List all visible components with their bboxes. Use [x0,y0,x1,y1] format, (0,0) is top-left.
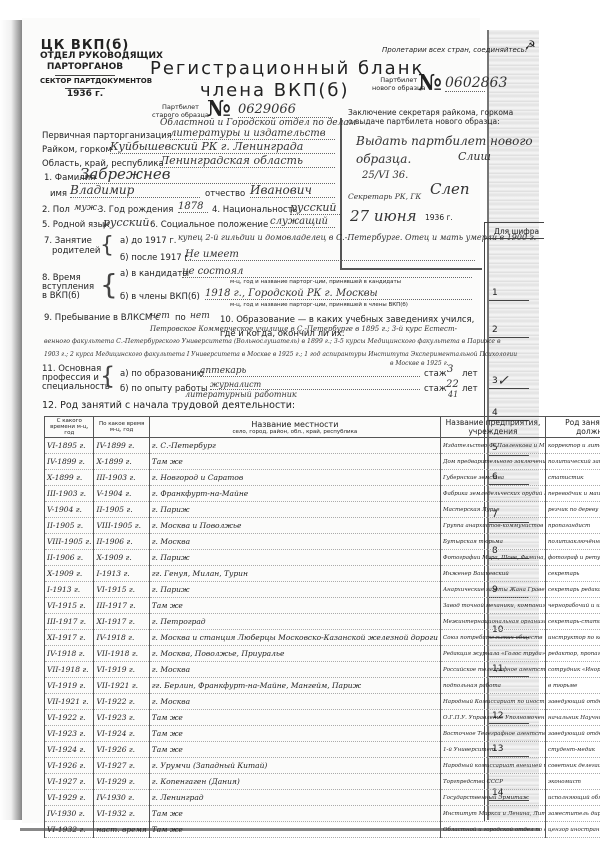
table-row: IV-1930 г.VI-1932 г.Там жеИнститут Маркс… [45,806,600,822]
cell-to: VII-1921 г. [94,678,149,694]
col-position-header: Род занятий или должность [546,417,600,438]
table-row: VI-1927 г.VI-1929 г.г. Копенгаген (Дания… [45,774,600,790]
parents-after-value: Не имеет [185,249,475,261]
cell-from: V-1904 г. [45,502,94,518]
cell-org: Бутырская тюрьма [441,534,546,550]
cipher-line [489,337,529,338]
cell-from: III-1903 г. [45,486,94,502]
cipher-number: 2 [492,325,498,335]
member-value: 1918 г., Городской РК г. Москвы [205,288,472,300]
cell-position: сотрудник «Инорота» [546,662,600,678]
member-hint: м-ц, год и название парторг-ции, принявш… [230,302,408,308]
social-status-value: служащий [270,216,335,228]
table-row: IV-1918 г.VII-1918 г.г. Москва, Поволжье… [45,646,600,662]
cell-place: Там же [149,742,440,758]
cipher-number: 1 [492,288,498,298]
table-row: VI-1932 г.наст. времяТам жеОбластной и г… [45,822,600,838]
cell-position: секретарь-статистик [546,614,600,630]
slogan: Пролетарии всех стран, соединяйтесь! [382,46,528,54]
prof-edu-years: лет [462,369,478,379]
cell-to: IV-1918 г. [94,630,149,646]
old-card-number: 0629066 [238,102,333,118]
brace-icon: { [100,233,114,258]
candidate-label: а) в кандидаты [120,269,189,279]
cell-to: VI-1927 г. [94,758,149,774]
nationality-value: русский [290,201,340,215]
cell-from: IV-1899 г. [45,454,94,470]
secretary-date: 27 июня [350,207,417,225]
org-year: 1936 г. [40,89,130,100]
cell-from: VI-1895 г. [45,438,94,454]
cell-from: X-1899 г. [45,470,94,486]
cell-org: подпольная работа [441,678,546,694]
brace-icon: { [100,362,115,390]
secretary-label: Секретарь РК, ГК [348,192,421,201]
cell-position: заместитель директора по научной части [546,806,600,822]
table-row: V-1904 г.II-1905 г.г. ПарижМастерская Лу… [45,502,600,518]
nationality-label: 4. Национальность [212,205,298,215]
patronymic-label: отчество [205,189,245,199]
cell-to: VI-1926 г. [94,742,149,758]
org-header: ЦК ВКП(б) ОТДЕЛ РУКОВОДЯЩИХ ПАРТОРГАНОВ … [40,40,130,100]
native-language-label: 5. Родной язык [42,220,109,230]
org-sector: СЕКТОР ПАРТДОКУМЕНТОВ [40,76,130,87]
table-header-row: С какого времени м-ц, год По какое время… [45,417,600,438]
cell-position: секретарь [546,566,600,582]
cell-position: редактор, пропагандист [546,646,600,662]
secretary-conclusion-1: Выдать партбилет нового [356,134,533,148]
education-line-2: венного факультета С.-Петербургского Уни… [44,338,501,345]
prof-edu-value: аптекарь [200,366,420,377]
conclusion-date: 25/VI 36. [362,170,408,181]
cell-position: политзаключённый; в перерыве участник Мо… [546,534,600,550]
table-row: VI-1895 г.IV-1899 г.г. С.-ПетербургИздат… [45,438,600,454]
cell-org: Народный комиссариат внешней торговли и … [441,758,546,774]
parents-before-value: купец 2-й гильдии и домовладелец в С.-Пе… [178,233,536,242]
cell-from: VI-1922 г. [45,710,94,726]
org-department-2: ПАРТОРГАНОВ [40,62,130,73]
cipher-top-border [484,222,544,223]
cell-to: VI-1924 г. [94,726,149,742]
table-row: X-1899 г.III-1903 г.г. Новгород и Сарато… [45,470,600,486]
raikom-value: Куйбышевский РК г. Ленинграда [110,140,335,154]
table-row: VI-1923 г.VI-1924 г.Там жеВосточное Теле… [45,726,600,742]
table-row: VIII-1905 г.II-1906 г.г. МоскваБутырская… [45,534,600,550]
cell-position: студент-медик [546,742,600,758]
cell-place: Там же [149,710,440,726]
org-name: ЦК ВКП(б) [40,40,130,51]
cell-from: VI-1932 г. [45,822,94,838]
cell-to: VI-1915 г. [94,582,149,598]
col-to-header: По какое время м-ц, год [94,417,149,438]
cell-org: Группа анархистов-коммунистов «Хлеб и во… [441,518,546,534]
surname-value: Забрежнев [80,165,335,184]
cell-org: Областной и городской отдел по делам лит… [441,822,546,838]
cell-org: Институт Маркса и Ленина, Литература [441,806,546,822]
cell-place: гг. Генуя, Милан, Турин [149,566,440,582]
cell-to: III-1917 г. [94,598,149,614]
cell-from: II-1906 г. [45,550,94,566]
cell-org: Фабрика земледельческих орудий Майфарт и… [441,486,546,502]
cell-to: наст. время [94,822,149,838]
cell-to: III-1903 г. [94,470,149,486]
new-card-no-sign: № [418,70,442,96]
check-icon: ✓ [497,373,509,389]
table-row: IV-1899 г.X-1899 г.Там жеДом предварител… [45,454,600,470]
col-org-header: Название предприятия, учреждения [441,417,546,438]
cell-from: XI-1917 г. [45,630,94,646]
table-row: III-1917 г.XI-1917 г.г. ПетроградМежинте… [45,614,600,630]
candidate-hint: м-ц, год и название парторг-ции, принявш… [230,279,401,285]
table-row: VII-1921 г.VI-1922 г.г. МоскваНародный К… [45,694,600,710]
cell-position: исполняющий обязанности директора [546,790,600,806]
table-row: VII-1918 г.VI-1919 г.г. МоскваРоссийское… [45,662,600,678]
joined-label: 8. Время вступления в ВКП(б) [42,274,94,301]
prof-work-value-2: литературный работник [185,390,297,399]
cell-place: г. Москва и станция Люберцы Московско-Ка… [149,630,440,646]
cell-place: г. Париж [149,502,440,518]
cell-position: цензор иностранного сектора [546,822,600,838]
cell-place: г. Москва и Поволжье [149,518,440,534]
cell-place: Там же [149,598,440,614]
cell-to: VIII-1905 г. [94,518,149,534]
cell-position: переводчик и машинист [546,486,600,502]
birth-year-value: 1878 [178,201,208,213]
work-history-table: С какого времени м-ц, год По какое время… [44,416,600,838]
patronymic-value: Иванович [250,183,335,198]
prof-edu-stazh: 3 [447,364,453,375]
komsomol-to-label: по [175,313,186,323]
secretary-signature: Слеп [430,180,470,198]
cell-position: секретарь редакции [546,582,600,598]
cell-org: Межинтернациональная организация [441,614,546,630]
cell-to: VI-1922 г. [94,694,149,710]
cell-to: II-1905 г. [94,502,149,518]
cell-org: Торгпредство СССР [441,774,546,790]
komsomol-to: нет [190,311,210,321]
prof-work-stazh-2: 41 [448,390,458,399]
sex-label: 2. Пол [42,205,70,215]
cell-org: Редакция журнала «Голос труда» [441,646,546,662]
table-row: II-1905 г.VIII-1905 г.г. Москва и Поволж… [45,518,600,534]
cell-position: статистик [546,470,600,486]
cell-to: X-1909 г. [94,550,149,566]
table-row: VI-1919 г.VII-1921 г.гг. Берлин, Франкфу… [45,678,600,694]
education-line-1: Петровское Коммерческое училище в С.-Пет… [150,325,457,333]
primary-org-value: литературы и издательств [170,128,335,140]
table-row: III-1903 г.V-1904 г.г. Франкфурт-на-Майн… [45,486,600,502]
cipher-header-divider [484,238,544,239]
cell-from: VII-1918 г. [45,662,94,678]
cipher-line [489,388,529,389]
table-row: VI-1929 г.IV-1930 г.г. ЛенинградГосударс… [45,790,600,806]
cell-to: V-1904 г. [94,486,149,502]
old-card-label: Партбилет старого образца [152,103,209,119]
cell-position: заведующий отделом заграничной редакции [546,726,600,742]
issuer-text: Областной и Городской отдел по делам [160,118,356,128]
cell-org: Народный Комиссариат по иностранным дела… [441,694,546,710]
cell-place: Там же [149,806,440,822]
cell-org: Союз потребительских обществ [441,630,546,646]
table-row: II-1906 г.X-1909 г.г. ПарижФотографии Мэ… [45,550,600,566]
cell-from: VII-1921 г. [45,694,94,710]
cell-place: г. Урумчи (Западный Китай) [149,758,440,774]
sex-value: муж. [74,203,100,213]
cell-to: X-1899 г. [94,454,149,470]
education-line-3: 1903 г.; 2 курса Медицинского факультета… [44,351,517,358]
table-row: X-1909 г.I-1913 г.гг. Генуя, Милан, Тури… [45,566,600,582]
new-card-number: 0602863 [445,75,485,92]
cell-position: корректор и литературный сотрудник [546,438,600,454]
cell-from: VI-1927 г. [45,774,94,790]
cell-place: г. Франкфурт-на-Майне [149,486,440,502]
cell-org: Губернские земства [441,470,546,486]
cell-org: Анархические газеты Жана Граве [441,582,546,598]
birth-year-label: 3. Год рождения [98,205,173,215]
cell-to: IV-1930 г. [94,790,149,806]
secretary-heading: Заключение секретаря райкома, горкома о … [348,108,513,126]
cell-to: XI-1917 г. [94,614,149,630]
cell-org: Российское телеграфное агентство [441,662,546,678]
cell-from: VI-1915 г. [45,598,94,614]
cell-place: г. Новгород и Саратов [149,470,440,486]
cell-from: VI-1923 г. [45,726,94,742]
table-row: XI-1917 г.IV-1918 г.г. Москва и станция … [45,630,600,646]
parents-label: 7. Занятие родителей [44,236,100,256]
social-status-label: 6. Социальное положение [150,220,268,230]
cell-to: VI-1932 г. [94,806,149,822]
prof-work-stazh: 22 [446,379,459,390]
table-row: I-1913 г.VI-1915 г.г. ПарижАнархические … [45,582,600,598]
prof-edu-stazh-label: стаж [424,369,447,379]
cell-to: I-1913 г. [94,566,149,582]
cell-place: Там же [149,726,440,742]
cipher-line [489,300,529,301]
cell-place: Там же [149,454,440,470]
cell-to: IV-1899 г. [94,438,149,454]
komsomol-label: 9. Пребывание в ВЛКСМ с [44,313,160,323]
cell-place: г. С.-Петербург [149,438,440,454]
member-label: б) в члены ВКП(б) [120,292,200,302]
cell-position: фотограф и ретушер [546,550,600,566]
cell-place: г. Москва [149,662,440,678]
cell-from: VI-1919 г. [45,678,94,694]
prof-work-years: лет [462,384,478,394]
cell-org: Фотографии Мэра, Шове, Фемина, Надар [441,550,546,566]
org-department: ОТДЕЛ РУКОВОДЯЩИХ [40,51,130,62]
cell-to: VI-1923 г. [94,710,149,726]
cell-org: Инженер Вашкевский [441,566,546,582]
cell-position: заведующий отделом печати [546,694,600,710]
cell-from: IV-1930 г. [45,806,94,822]
cell-position: советник делегации [546,758,600,774]
parents-before-label: а) до 1917 г. [120,236,177,246]
signature-1: Слиш [458,150,491,163]
cell-from: VI-1926 г. [45,758,94,774]
table-row: VI-1915 г.III-1917 г.Там жеЗавод точной … [45,598,600,614]
name-label: имя [50,189,67,199]
table-row: VI-1922 г.VI-1923 г.Там жеО.Г.П.У. Управ… [45,710,600,726]
cell-place: г. Петроград [149,614,440,630]
cell-position: политический заключённый [546,454,600,470]
cell-position: начальник Научно-Технического отдела [546,710,600,726]
cell-org: 1-й Университет [441,742,546,758]
candidate-value: не состоял [182,266,472,278]
brace-icon: { [100,268,118,301]
cell-place: г. Копенгаген (Дания) [149,774,440,790]
cell-position: экономист [546,774,600,790]
cell-org: Дом предварительного заключения [441,454,546,470]
col-from-header: С какого времени м-ц, год [45,417,94,438]
prof-edu-label: а) по образованию [120,369,204,379]
cell-from: I-1913 г. [45,582,94,598]
cell-position: в тюрьме [546,678,600,694]
cipher-label: Для шифра [494,227,539,236]
cell-org: Государственный Эрмитаж [441,790,546,806]
cell-place: г. Ленинград [149,790,440,806]
cell-org: Завод точной механики, компания «Автопла… [441,598,546,614]
table-row: VI-1924 г.VI-1926 г.Там же1-й Университе… [45,742,600,758]
cell-position: инструктор по кооперации [546,630,600,646]
name-value: Владимир [70,183,200,198]
cell-from: VIII-1905 г. [45,534,94,550]
cell-to: VI-1929 г. [94,774,149,790]
cell-place: г. Париж [149,550,440,566]
cell-org: Восточное Телеграфное агентство [441,726,546,742]
cell-place: г. Париж [149,582,440,598]
cell-from: III-1917 г. [45,614,94,630]
cell-from: IV-1918 г. [45,646,94,662]
cell-position: чернорабочий и шофёр такси-авто [546,598,600,614]
cell-position: резчик по дереву [546,502,600,518]
cell-position: пропагандист [546,518,600,534]
cell-place: г. Москва [149,694,440,710]
cell-place: г. Москва, Поволжье, Приуралье [149,646,440,662]
cell-place: г. Москва [149,534,440,550]
komsomol-from: нет [150,311,170,321]
cell-from: VI-1924 г. [45,742,94,758]
cell-from: II-1905 г. [45,518,94,534]
cell-place: Там же [149,822,440,838]
secretary-year: 1936 г. [425,213,453,222]
prof-work-value: журналист [210,380,420,390]
cell-from: X-1909 г. [45,566,94,582]
cell-from: VI-1929 г. [45,790,94,806]
raikom-label: Райком, горком [42,145,112,155]
cell-org: Издательство Ф. Павленкова и М.О. Вольфа [441,438,546,454]
secretary-conclusion-2: образца. [356,152,411,166]
work-history-label: 12. Род занятий с начала трудовой деятел… [42,400,295,411]
hammer-sickle-icon: ☭ [525,38,536,52]
prof-work-stazh-label: стаж [424,384,447,394]
cell-to: II-1906 г. [94,534,149,550]
native-language-value: русский [103,216,149,229]
cell-org: О.Г.П.У. Управление Уполномоченного Респ… [441,710,546,726]
cell-place: гг. Берлин, Франкфурт-на-Майне, Мангейм,… [149,678,440,694]
col-place-header: Название местности село, город, район, о… [149,417,440,438]
cell-org: Мастерская Лурье [441,502,546,518]
parents-after-label: б) после 1917 г. [120,253,192,263]
cell-to: VII-1918 г. [94,646,149,662]
cell-to: VI-1919 г. [94,662,149,678]
table-row: VI-1926 г.VI-1927 г.г. Урумчи (Западный … [45,758,600,774]
